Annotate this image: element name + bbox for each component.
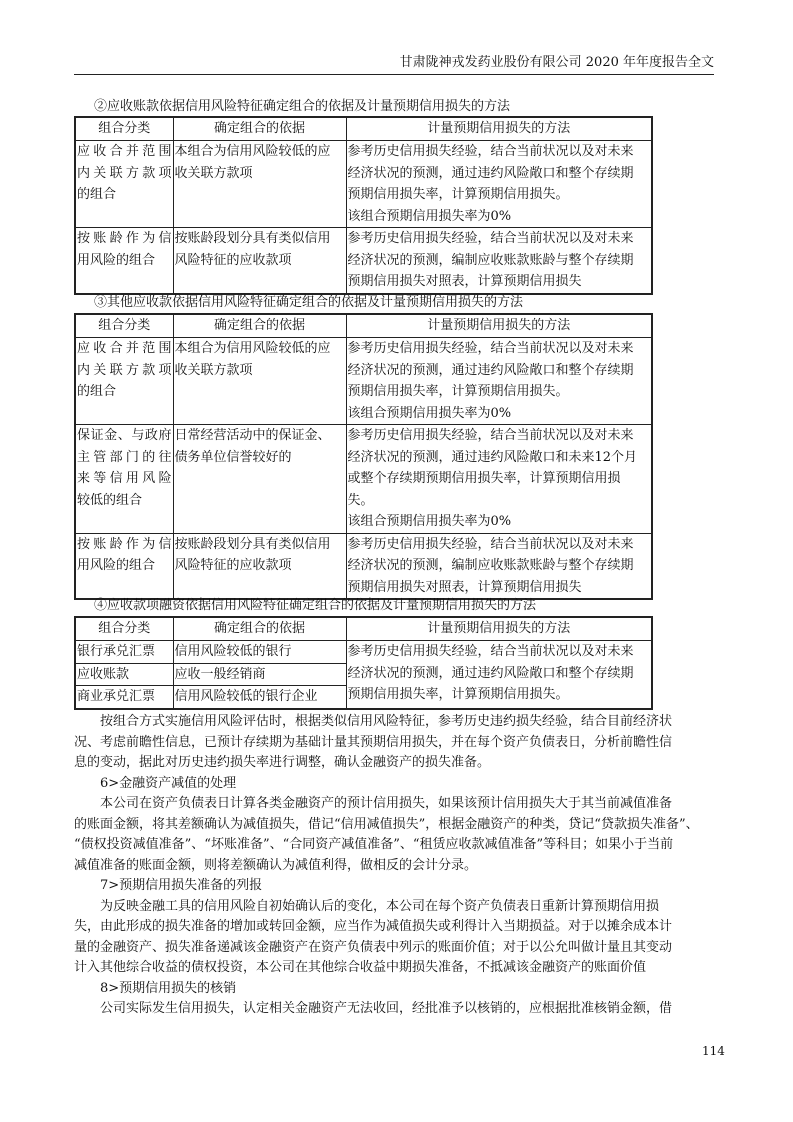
subheading-impairment-treatment: 6>金融资产减值的处理 <box>74 774 654 795</box>
cell-line: 较低的组合 <box>77 490 172 512</box>
cell-line: 预期信用损失率，计算预期信用损失。 <box>348 381 651 403</box>
text-line: 况、考虑前瞻性信息，已预计存续期为基础计量其预期信用损失，并在每个资产负债表日，… <box>74 733 654 754</box>
subheading-write-off: 8>预期信用损失的核销 <box>74 979 654 1000</box>
section-3-caption: ③其他应收款依据信用风险特征确定组合的依据及计量预期信用损失的方法 <box>94 295 523 311</box>
text-line: 计入其他综合收益的债权投资，本公司在其他综合收益中期损失准备，不抵减该金融资产的… <box>74 958 654 979</box>
cell-line: 按账龄作为信 <box>77 228 172 250</box>
cell-line: 主管部门的往 <box>77 447 172 469</box>
cell-line: 保证金、与政府 <box>77 425 172 447</box>
section-2-table: 组合分类 确定组合的依据 计量预期信用损失的方法 应收合并范围 内关联方款项 的… <box>74 116 653 295</box>
cell-line: 该组合预期信用损失率为0% <box>348 403 651 425</box>
text-line: 本公司在资产负债表日计算各类金融资产的预计信用损失，如果该预计信用损失大于其当前… <box>74 794 654 815</box>
category-cell: 应收账款 <box>75 663 173 686</box>
cell-line: 经济状况的预测，编制应收账款账龄与整个存续期 <box>348 555 651 577</box>
category-cell: 按账龄作为信 用风险的组合 <box>75 533 173 599</box>
cell-line: 按账龄段划分具有类似信用 <box>175 228 345 250</box>
text-line: 失，由此形成的损失准备的增加或转回金额，应当作为减值损失或利得计入当期损益。对于… <box>74 917 654 938</box>
column-header: 确定组合的依据 <box>173 314 346 338</box>
method-cell: 参考历史信用损失经验，结合当前状况以及对未来 经济状况的预测，编制应收账款账龄与… <box>346 228 652 294</box>
column-header: 确定组合的依据 <box>173 117 346 141</box>
column-header: 计量预期信用损失的方法 <box>346 314 652 338</box>
table-row: 按账龄作为信 用风险的组合 按账龄段划分具有类似信用 风险特征的应收款项 参考历… <box>75 228 652 294</box>
table-header-row: 组合分类 确定组合的依据 计量预期信用损失的方法 <box>75 617 652 641</box>
cell-line: 收关联方款项 <box>175 163 345 185</box>
cell-line: 收关联方款项 <box>175 360 345 382</box>
column-header: 组合分类 <box>75 117 173 141</box>
page-header: 甘肃陇神戎发药业股份有限公司 2020 年年度报告全文 <box>74 54 714 75</box>
cell-line: 风险特征的应收款项 <box>175 250 345 272</box>
cell-line: 本组合为信用风险较低的应 <box>175 141 345 163</box>
cell-line: 参考历史信用损失经验，结合当前状况以及对未来 <box>348 641 651 663</box>
cell-line: 经济状况的预测，通过违约风险敞口和整个存续期 <box>348 360 651 382</box>
cell-line: 按账龄作为信 <box>77 534 172 556</box>
table-row: 应收合并范围 内关联方款项 的组合 本组合为信用风险较低的应 收关联方款项 参考… <box>75 141 652 228</box>
text-line: 量的金融资产、损失准备递减该金融资产在资产负债表中列示的账面价值；对于以公允叫做… <box>74 938 654 959</box>
cell-line: 的组合 <box>77 381 172 403</box>
cell-line: 债务单位信誉较好的 <box>175 447 345 469</box>
cell-line: 预期信用损失率，计算预期信用损失。 <box>348 184 651 206</box>
cell-line: 的组合 <box>77 184 172 206</box>
category-cell: 商业承兑汇票 <box>75 686 173 709</box>
table-header-row: 组合分类 确定组合的依据 计量预期信用损失的方法 <box>75 314 652 338</box>
text-line: 公司实际发生信用损失，认定相关金融资产无法收回，经批准予以核销的，应根据批准核销… <box>74 999 654 1020</box>
category-cell: 保证金、与政府 主管部门的往 来等信用风险 较低的组合 <box>75 425 173 534</box>
basis-cell: 信用风险较低的银行企业 <box>173 686 346 709</box>
cell-line: 经济状况的预测，通过违约风险敞口和整个存续期 <box>348 663 651 685</box>
method-cell: 参考历史信用损失经验，结合当前状况以及对未来 经济状况的预测，通过违约风险敞口和… <box>346 641 652 709</box>
basis-cell: 本组合为信用风险较低的应 收关联方款项 <box>173 141 346 228</box>
text-line: 的账面金额，将其差额确认为减值损失，借记“信用减值损失”，根据金融资产的种类，贷… <box>74 815 654 836</box>
column-header: 组合分类 <box>75 617 173 641</box>
cell-line: 来等信用风险 <box>77 468 172 490</box>
basis-cell: 按账龄段划分具有类似信用 风险特征的应收款项 <box>173 228 346 294</box>
table-row: 保证金、与政府 主管部门的往 来等信用风险 较低的组合 日常经营活动中的保证金、… <box>75 425 652 534</box>
text-line: 息的变动，据此对历史违约损失率进行调整，确认金融资产的损失准备。 <box>74 753 654 774</box>
subheading-presentation: 7>预期信用损失准备的列报 <box>74 876 654 897</box>
category-cell: 按账龄作为信 用风险的组合 <box>75 228 173 294</box>
cell-line: 应收合并范围 <box>77 338 172 360</box>
cell-line: 经济状况的预测，通过违约风险敞口和未来12个月 <box>348 447 651 469</box>
basis-cell: 按账龄段划分具有类似信用 风险特征的应收款项 <box>173 533 346 599</box>
table-header-row: 组合分类 确定组合的依据 计量预期信用损失的方法 <box>75 117 652 141</box>
cell-line: 内关联方款项 <box>77 360 172 382</box>
category-cell: 银行承兑汇票 <box>75 641 173 664</box>
section-3-table: 组合分类 确定组合的依据 计量预期信用损失的方法 应收合并范围 内关联方款项 的… <box>74 313 653 600</box>
method-cell: 参考历史信用损失经验，结合当前状况以及对未来 经济状况的预测，编制应收账款账龄与… <box>346 533 652 599</box>
text-line: “债权投资减值准备”、“坏账准备”、“合同资产减值准备”、“租赁应收款减值准备”… <box>74 835 654 856</box>
text-line: 为反映金融工具的信用风险自初始确认后的变化，本公司在每个资产负债表日重新计算预期… <box>74 897 654 918</box>
table-row: 银行承兑汇票 信用风险较低的银行 参考历史信用损失经验，结合当前状况以及对未来 … <box>75 641 652 664</box>
section-4-caption: ④应收款项融资依据信用风险特征确定组合的依据及计量预期信用损失的方法 <box>94 598 536 614</box>
cell-line: 按账龄段划分具有类似信用 <box>175 534 345 556</box>
method-cell: 参考历史信用损失经验，结合当前状况以及对未来 经济状况的预测，通过违约风险敞口和… <box>346 425 652 534</box>
cell-line: 参考历史信用损失经验，结合当前状况以及对未来 <box>348 228 651 250</box>
cell-line: 内关联方款项 <box>77 163 172 185</box>
category-cell: 应收合并范围 内关联方款项 的组合 <box>75 141 173 228</box>
text-line: 按组合方式实施信用风险评估时，根据类似信用风险特征，参考历史违约损失经验，结合目… <box>74 712 654 733</box>
cell-line: 经济状况的预测，通过违约风险敞口和整个存续期 <box>348 163 651 185</box>
report-title: 甘肃陇神戎发药业股份有限公司 2020 年年度报告全文 <box>400 55 714 70</box>
cell-line: 参考历史信用损失经验，结合当前状况以及对未来 <box>348 338 651 360</box>
cell-line: 或整个存续期预期信用损失率，计算预期信用损 <box>348 468 651 490</box>
category-cell: 应收合并范围 内关联方款项 的组合 <box>75 338 173 425</box>
cell-line: 预期信用损失对照表，计算预期信用损失 <box>348 577 651 599</box>
cell-line: 参考历史信用损失经验，结合当前状况以及对未来 <box>348 141 651 163</box>
column-header: 计量预期信用损失的方法 <box>346 617 652 641</box>
basis-cell: 本组合为信用风险较低的应 收关联方款项 <box>173 338 346 425</box>
cell-line: 用风险的组合 <box>77 555 172 577</box>
cell-line: 该组合预期信用损失率为0% <box>348 511 651 533</box>
column-header: 确定组合的依据 <box>173 617 346 641</box>
text-line: 减值准备的账面金额，则将差额确认为减值利得，做相反的会计分录。 <box>74 856 654 877</box>
basis-cell: 信用风险较低的银行 <box>173 641 346 664</box>
section-4-table: 组合分类 确定组合的依据 计量预期信用损失的方法 银行承兑汇票 信用风险较低的银… <box>74 616 653 710</box>
paragraph-portfolio-assessment: 按组合方式实施信用风险评估时，根据类似信用风险特征，参考历史违约损失经验，结合目… <box>74 712 654 1020</box>
cell-line: 预期信用损失率，计算预期信用损失。 <box>348 684 651 706</box>
cell-line: 参考历史信用损失经验，结合当前状况以及对未来 <box>348 425 651 447</box>
basis-cell: 应收一般经销商 <box>173 663 346 686</box>
cell-line: 风险特征的应收款项 <box>175 555 345 577</box>
cell-line: 失。 <box>348 490 651 512</box>
section-2-caption: ②应收账款依据信用风险特征确定组合的依据及计量预期信用损失的方法 <box>94 99 510 115</box>
cell-line: 经济状况的预测，编制应收账款账龄与整个存续期 <box>348 250 651 272</box>
cell-line: 日常经营活动中的保证金、 <box>175 425 345 447</box>
column-header: 计量预期信用损失的方法 <box>346 117 652 141</box>
cell-line: 预期信用损失对照表，计算预期信用损失 <box>348 271 651 293</box>
cell-line: 用风险的组合 <box>77 250 172 272</box>
page-number: 114 <box>702 1044 725 1058</box>
table-row: 按账龄作为信 用风险的组合 按账龄段划分具有类似信用 风险特征的应收款项 参考历… <box>75 533 652 599</box>
column-header: 组合分类 <box>75 314 173 338</box>
cell-line: 参考历史信用损失经验，结合当前状况以及对未来 <box>348 534 651 556</box>
method-cell: 参考历史信用损失经验，结合当前状况以及对未来 经济状况的预测，通过违约风险敞口和… <box>346 338 652 425</box>
cell-line: 本组合为信用风险较低的应 <box>175 338 345 360</box>
method-cell: 参考历史信用损失经验，结合当前状况以及对未来 经济状况的预测，通过违约风险敞口和… <box>346 141 652 228</box>
table-row: 应收合并范围 内关联方款项 的组合 本组合为信用风险较低的应 收关联方款项 参考… <box>75 338 652 425</box>
cell-line: 该组合预期信用损失率为0% <box>348 206 651 228</box>
basis-cell: 日常经营活动中的保证金、 债务单位信誉较好的 <box>173 425 346 534</box>
cell-line: 应收合并范围 <box>77 141 172 163</box>
